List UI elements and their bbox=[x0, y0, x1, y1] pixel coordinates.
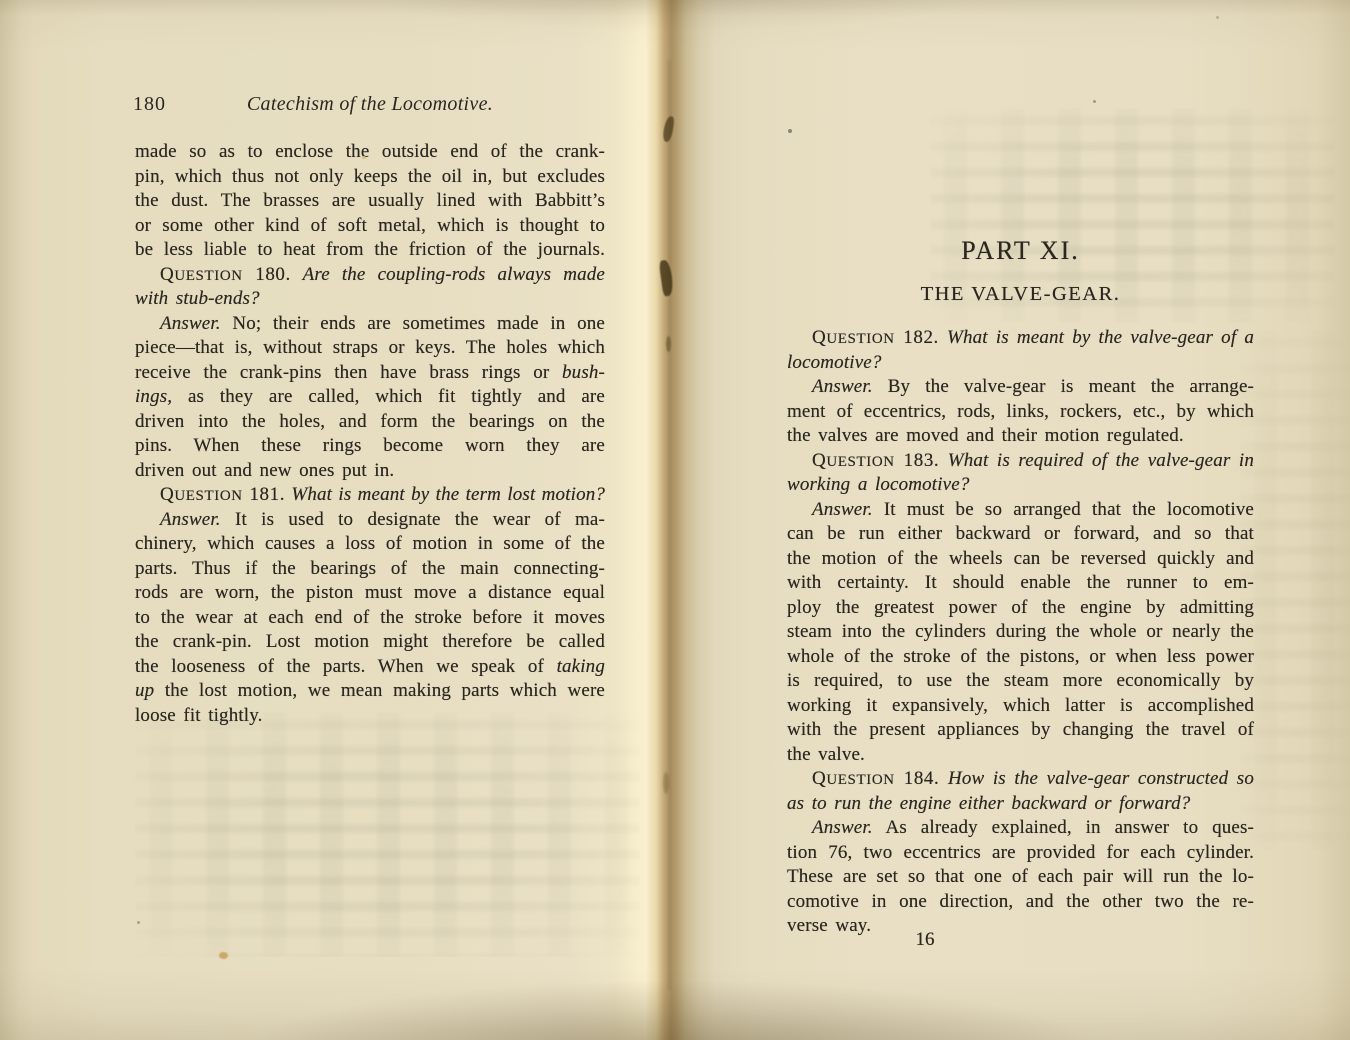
text-line: comotive in one direction, and the other… bbox=[787, 890, 1254, 915]
chapter-heading: THE VALVE-GEAR. bbox=[787, 282, 1254, 306]
text-line: the crank-pin. Lost motion might therefo… bbox=[135, 630, 605, 655]
text-line: chinery, which causes a loss of motion i… bbox=[135, 532, 605, 557]
text-line: with stub-ends? bbox=[135, 287, 605, 312]
text-line: driven into the holes, and form the bear… bbox=[135, 410, 605, 435]
text-line: with the present appliances by changing … bbox=[787, 718, 1254, 743]
text-line: pins. When these rings become worn they … bbox=[135, 434, 605, 459]
text-line: locomotive? bbox=[787, 351, 1254, 376]
text-line: QUESTION 181. What is meant by the term … bbox=[135, 483, 605, 508]
showthrough-ghost-left bbox=[135, 712, 640, 957]
text-line: the valve. bbox=[787, 743, 1254, 768]
text-line: ploy the greatest power of the engine by… bbox=[787, 596, 1254, 621]
text-line: ings, as they are called, which fit tigh… bbox=[135, 385, 605, 410]
text-line: ment of eccentrics, rods, links, rockers… bbox=[787, 400, 1254, 425]
left-page-text: made so as to enclose the outside end of… bbox=[135, 140, 605, 728]
text-line: or some other kind of soft metal, which … bbox=[135, 214, 605, 239]
text-line: piece—that is, without straps or keys. T… bbox=[135, 336, 605, 361]
text-line: up the lost motion, we mean making parts… bbox=[135, 679, 605, 704]
text-line: QUESTION 180. Are the coupling-rods alwa… bbox=[135, 263, 605, 288]
signature-mark: 16 bbox=[905, 928, 945, 952]
text-line: the dust. The brasses are usually lined … bbox=[135, 189, 605, 214]
text-line: driven out and new ones put in. bbox=[135, 459, 605, 484]
text-line: Answer. By the valve-gear is meant the a… bbox=[787, 375, 1254, 400]
text-line: Answer. As already explained, in answer … bbox=[787, 816, 1254, 841]
text-line: Answer. No; their ends are sometimes mad… bbox=[135, 312, 605, 337]
text-line: QUESTION 184. How is the valve-gear cons… bbox=[787, 767, 1254, 792]
text-line: the looseness of the parts. When we spea… bbox=[135, 655, 605, 680]
text-line: with certainty. It should enable the run… bbox=[787, 571, 1254, 596]
text-line: steam into the cylinders during the whol… bbox=[787, 620, 1254, 645]
text-line: receive the crank-pins then have brass r… bbox=[135, 361, 605, 386]
text-line: loose fit tightly. bbox=[135, 704, 605, 729]
text-line: is required, to use the steam more econo… bbox=[787, 669, 1254, 694]
text-line: parts. Thus if the bearings of the main … bbox=[135, 557, 605, 582]
text-line: tion 76, two eccentrics are provided for… bbox=[787, 841, 1254, 866]
right-page-text: QUESTION 182. What is meant by the valve… bbox=[787, 326, 1254, 939]
text-line: These are set so that one of each pair w… bbox=[787, 865, 1254, 890]
text-line: to the wear at each end of the stroke be… bbox=[135, 606, 605, 631]
text-line: Answer. It must be so arranged that the … bbox=[787, 498, 1254, 523]
text-line: working it expansively, which latter is … bbox=[787, 694, 1254, 719]
text-line: QUESTION 183. What is required of the va… bbox=[787, 449, 1254, 474]
page-left: 180 Catechism of the Locomotive. made so… bbox=[0, 0, 660, 1040]
text-line: working a locomotive? bbox=[787, 473, 1254, 498]
text-line: verse way. bbox=[787, 914, 1254, 939]
text-line: be less liable to heat from the friction… bbox=[135, 238, 605, 263]
text-line: as to run the engine either backward or … bbox=[787, 792, 1254, 817]
part-heading: PART XI. bbox=[787, 236, 1254, 266]
running-header-title: Catechism of the Locomotive. bbox=[135, 92, 605, 116]
text-line: pin, which thus not only keeps the oil i… bbox=[135, 165, 605, 190]
text-line: the valves are moved and their motion re… bbox=[787, 424, 1254, 449]
text-line: whole of the stroke of the pistons, or w… bbox=[787, 645, 1254, 670]
text-line: the motion of the wheels can be reversed… bbox=[787, 547, 1254, 572]
running-header: 180 Catechism of the Locomotive. bbox=[135, 92, 605, 116]
text-line: can be run either backward or forward, a… bbox=[787, 522, 1254, 547]
text-line: rods are worn, the piston must move a di… bbox=[135, 581, 605, 606]
text-line: QUESTION 182. What is meant by the valve… bbox=[787, 326, 1254, 351]
text-line: made so as to enclose the outside end of… bbox=[135, 140, 605, 165]
book-scan: 180 Catechism of the Locomotive. made so… bbox=[0, 0, 1350, 1040]
text-line: Answer. It is used to designate the wear… bbox=[135, 508, 605, 533]
